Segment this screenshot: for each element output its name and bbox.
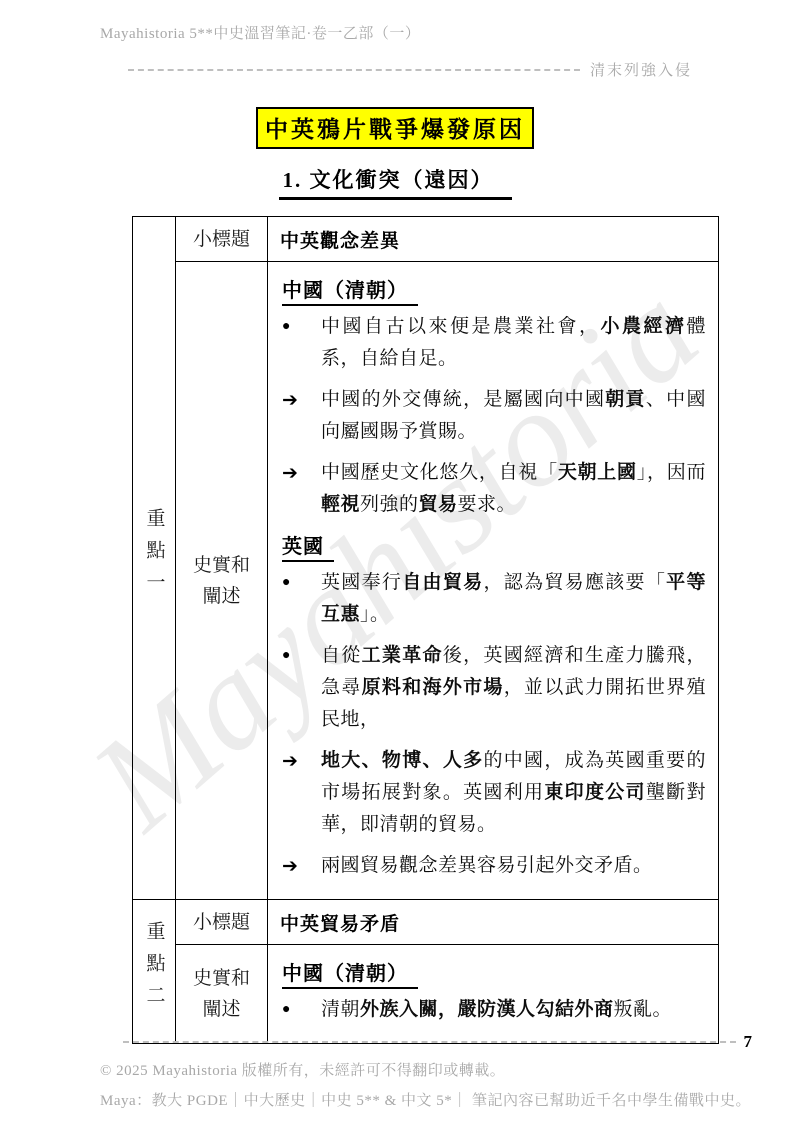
credentials-line: Maya：教大 PGDE｜中大歷史｜中史 5** & 中文 5*｜ 筆記內容已幫… xyxy=(100,1089,751,1110)
point-label: 重點一 xyxy=(145,508,164,604)
country-heading-text: 英國 xyxy=(282,536,334,562)
item-text: 中國歷史文化悠久，自視「天朝上國」，因而輕視列強的貿易要求。 xyxy=(321,457,706,521)
subtitle-text: 中英觀念差異 xyxy=(280,226,706,253)
body-text: 英國奉行 xyxy=(321,572,402,593)
body-text: 中國的外交傳統，是屬國向中國 xyxy=(321,389,605,410)
item-text: 地大、物博、人多的中國，成為英國重要的市場拓展對象。英國利用東印度公司壟斷對華，… xyxy=(321,745,706,841)
country-heading: 英國 xyxy=(282,530,706,559)
body-text: 兩國貿易觀念差異容易引起外交矛盾。 xyxy=(321,855,653,876)
keyword-text: 中國（清朝） xyxy=(282,280,408,302)
item-text: 英國奉行自由貿易，認為貿易應該要「平等互惠」。 xyxy=(321,567,706,631)
body-text: ，認為貿易應該要「 xyxy=(483,572,666,593)
table-row: 史實和闡述中國（清朝）●清朝外族入關，嚴防漢人勾結外商叛亂。 xyxy=(133,945,719,1044)
body-text: 叛亂。 xyxy=(614,999,673,1020)
subtitle-cell: 中英貿易矛盾 xyxy=(268,900,719,945)
country-heading: 中國（清朝） xyxy=(282,957,706,986)
bullet-icon: ● xyxy=(282,311,321,375)
page-number: 7 xyxy=(744,1032,753,1052)
keyword-text: 小農經濟 xyxy=(600,316,686,337)
page-subtitle: 1. 文化衝突（遠因） xyxy=(279,164,512,200)
subtitle-text: 中英貿易矛盾 xyxy=(280,909,706,936)
subtitle-row: 1. 文化衝突（遠因） xyxy=(0,164,790,200)
point-label: 重點二 xyxy=(145,921,164,1017)
keyword-text: 中英貿易矛盾 xyxy=(280,914,400,935)
section-label: 清末列強入侵 xyxy=(590,59,692,80)
bullet-icon: ● xyxy=(282,567,321,631)
keyword-text: 外族入關，嚴防漢人勾結外商 xyxy=(360,999,614,1020)
header-rule: 清末列強入侵 xyxy=(128,59,692,80)
body-text: 自從 xyxy=(321,645,362,666)
title-row: 中英鴉片戰爭爆發原因 xyxy=(0,107,790,149)
booklet-title: Mayahistoria 5**中史溫習筆記·卷一乙部（一） xyxy=(100,22,790,43)
table-row: 史實和闡述中國（清朝）●中國自古以來便是農業社會，小農經濟體系，自給自足。➔中國… xyxy=(133,262,719,900)
table-row: 重點二小標題中英貿易矛盾 xyxy=(133,900,719,945)
page-content: Mayahistoria 5**中史溫習筆記·卷一乙部（一） 清末列強入侵 中英… xyxy=(0,0,790,1044)
arrow-item: ➔中國歷史文化悠久，自視「天朝上國」，因而輕視列強的貿易要求。 xyxy=(282,457,706,521)
keyword-text: 中英觀念差異 xyxy=(280,231,400,252)
arrow-item: ➔中國的外交傳統，是屬國向中國朝貢、中國向屬國賜予賞賜。 xyxy=(282,384,706,448)
country-heading-text: 中國（清朝） xyxy=(282,963,418,989)
row-label: 史實和闡述 xyxy=(176,262,268,900)
arrow-icon: ➔ xyxy=(282,745,321,841)
body-text: 要求。 xyxy=(458,494,517,515)
detail-cell: 中國（清朝）●中國自古以來便是農業社會，小農經濟體系，自給自足。➔中國的外交傳統… xyxy=(268,262,719,900)
arrow-icon: ➔ xyxy=(282,850,321,882)
keyword-text: 英國 xyxy=(282,536,324,558)
item-text: 中國自古以來便是農業社會，小農經濟體系，自給自足。 xyxy=(321,311,706,375)
keyword-text: 工業革命 xyxy=(362,645,443,666)
bullet-item: ●自從工業革命後，英國經濟和生產力騰飛，急尋原料和海外市場，並以武力開拓世界殖民… xyxy=(282,640,706,736)
keyword-text: 天朝上國 xyxy=(558,462,637,483)
keyword-text: 原料和海外市場 xyxy=(362,677,504,698)
bullet-item: ●中國自古以來便是農業社會，小農經濟體系，自給自足。 xyxy=(282,311,706,375)
bullet-item: ●清朝外族入關，嚴防漢人勾結外商叛亂。 xyxy=(282,994,706,1026)
table-row: 重點一小標題中英觀念差異 xyxy=(133,217,719,262)
country-heading-text: 中國（清朝） xyxy=(282,280,418,306)
body-text: 中國歷史文化悠久，自視「 xyxy=(321,462,558,483)
subtitle-cell: 中英觀念差異 xyxy=(268,217,719,262)
arrow-icon: ➔ xyxy=(282,384,321,448)
country-heading: 中國（清朝） xyxy=(282,274,706,303)
page-title: 中英鴉片戰爭爆發原因 xyxy=(256,107,534,149)
row-label: 小標題 xyxy=(176,900,268,945)
item-text: 兩國貿易觀念差異容易引起外交矛盾。 xyxy=(321,850,706,882)
keyword-text: 中國（清朝） xyxy=(282,963,408,985)
item-text: 清朝外族入關，嚴防漢人勾結外商叛亂。 xyxy=(321,994,706,1026)
arrow-icon: ➔ xyxy=(282,457,321,521)
arrow-item: ➔兩國貿易觀念差異容易引起外交矛盾。 xyxy=(282,850,706,882)
notes-table: 重點一小標題中英觀念差異史實和闡述中國（清朝）●中國自古以來便是農業社會，小農經… xyxy=(132,216,719,1044)
item-text: 自從工業革命後，英國經濟和生產力騰飛，急尋原料和海外市場，並以武力開拓世界殖民地… xyxy=(321,640,706,736)
document-page: Mayahistoria Mayahistoria 5**中史溫習筆記·卷一乙部… xyxy=(0,0,790,1124)
keyword-text: 貿易 xyxy=(419,494,458,515)
point-label-cell: 重點二 xyxy=(133,900,176,1044)
row-label: 史實和闡述 xyxy=(176,945,268,1044)
footer-rule: 7 xyxy=(123,1032,752,1052)
keyword-text: 東印度公司 xyxy=(544,782,646,803)
keyword-text: 地大、物博、人多 xyxy=(321,750,483,771)
detail-cell: 中國（清朝）●清朝外族入關，嚴防漢人勾結外商叛亂。 xyxy=(268,945,719,1044)
body-text: 中國自古以來便是農業社會， xyxy=(321,316,600,337)
keyword-text: 輕視 xyxy=(321,494,360,515)
keyword-text: 朝貢 xyxy=(605,389,646,410)
bullet-icon: ● xyxy=(282,994,321,1026)
header-dashed-line xyxy=(128,69,580,71)
body-text: 」。 xyxy=(360,604,390,625)
keyword-text: 自由貿易 xyxy=(402,572,483,593)
body-text: 列強的 xyxy=(360,494,419,515)
body-text: 」，因而 xyxy=(637,462,706,483)
row-label: 小標題 xyxy=(176,217,268,262)
copyright-line: © 2025 Mayahistoria 版權所有，未經許可不得翻印或轉載。 xyxy=(100,1059,505,1080)
bullet-icon: ● xyxy=(282,640,321,736)
item-text: 中國的外交傳統，是屬國向中國朝貢、中國向屬國賜予賞賜。 xyxy=(321,384,706,448)
bullet-item: ●英國奉行自由貿易，認為貿易應該要「平等互惠」。 xyxy=(282,567,706,631)
point-label-cell: 重點一 xyxy=(133,217,176,900)
footer-dashed-line xyxy=(123,1041,736,1043)
body-text: 清朝 xyxy=(321,999,360,1020)
arrow-item: ➔地大、物博、人多的中國，成為英國重要的市場拓展對象。英國利用東印度公司壟斷對華… xyxy=(282,745,706,841)
